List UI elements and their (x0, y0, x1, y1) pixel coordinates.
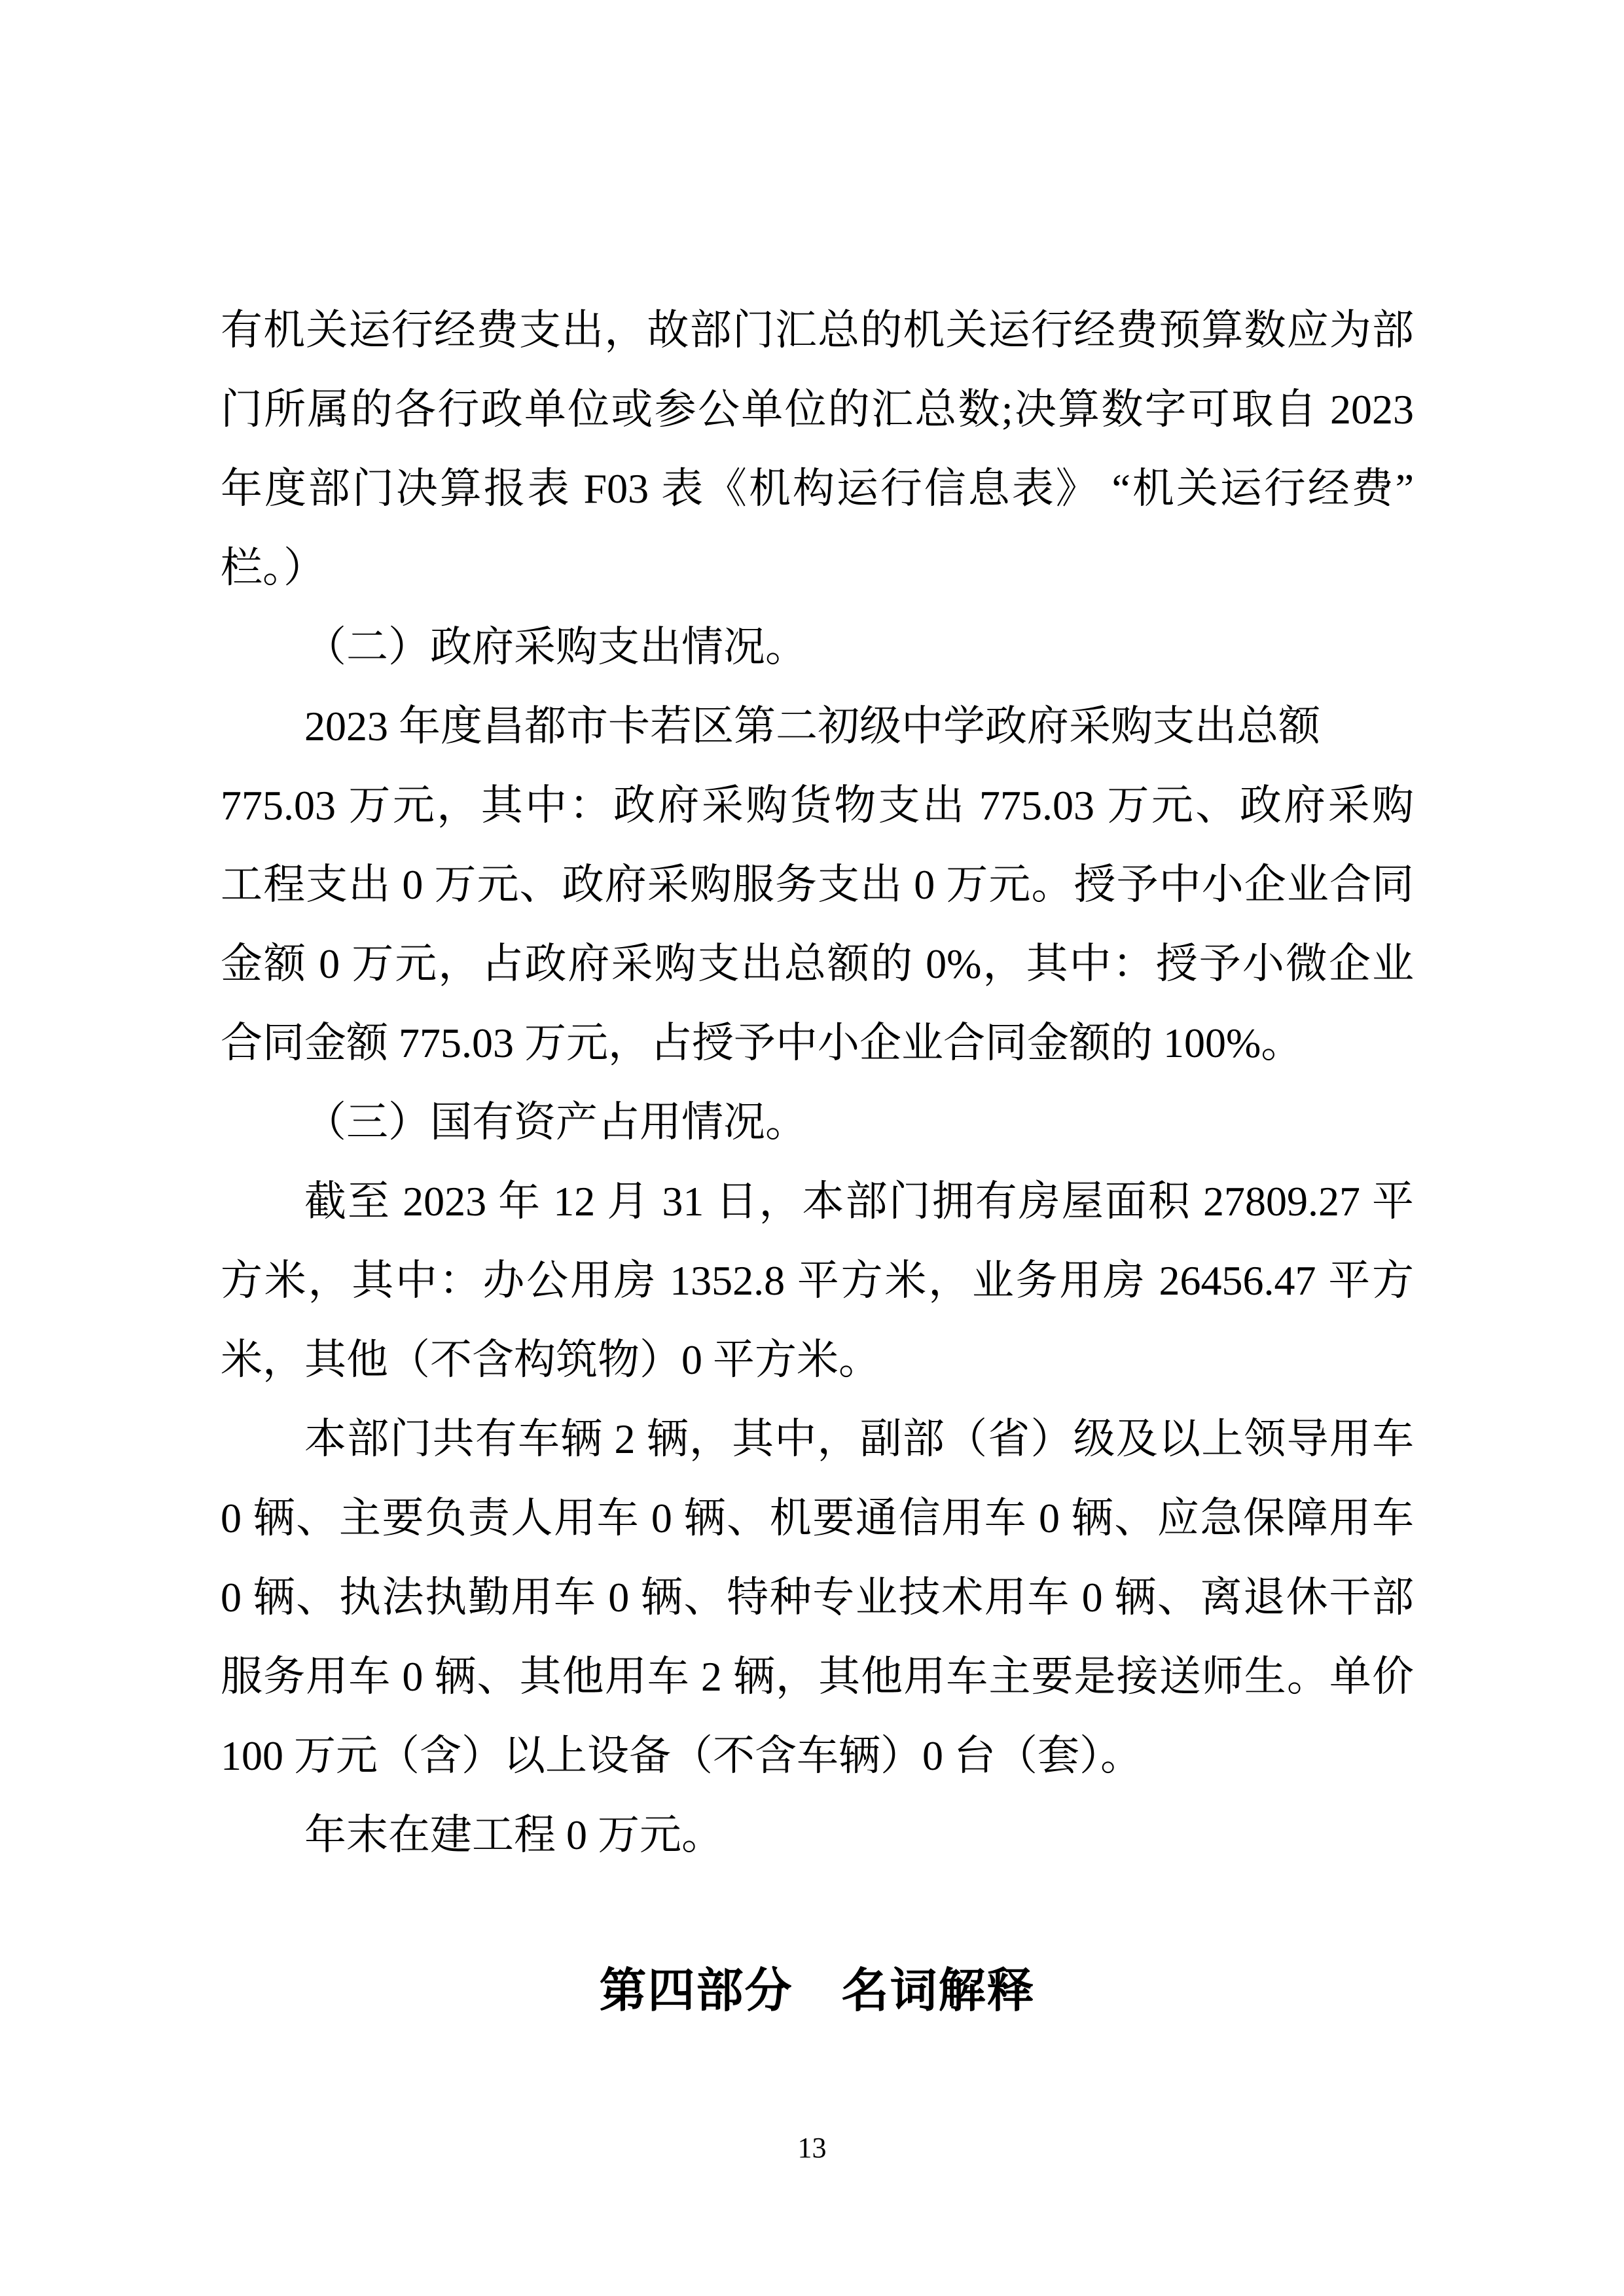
text-line: 栏。） (221, 528, 1414, 607)
text-line: 100 万元（含）以上设备（不含车辆）0 台（套）。 (221, 1716, 1414, 1795)
text-line: 截至 2023 年 12 月 31 日，本部门拥有房屋面积 27809.27 平 (221, 1162, 1414, 1241)
text-line: 2023 年度昌都市卡若区第二初级中学政府采购支出总额 (221, 687, 1414, 766)
text-line: 工程支出 0 万元、政府采购服务支出 0 万元。授予中小企业合同 (221, 845, 1414, 924)
text-line: 本部门共有车辆 2 辆，其中，副部（省）级及以上领导用车 (221, 1399, 1414, 1479)
text-line: 0 辆、执法执勤用车 0 辆、特种专业技术用车 0 辆、离退休干部 (221, 1558, 1414, 1637)
text-line: 有机关运行经费支出，故部门汇总的机关运行经费预算数应为部 (221, 291, 1414, 370)
page-number: 13 (0, 2131, 1624, 2164)
text-line: 775.03 万元，其中：政府采购货物支出 775.03 万元、政府采购 (221, 766, 1414, 845)
text-line: 方米，其中：办公用房 1352.8 平方米，业务用房 26456.47 平方 (221, 1241, 1414, 1320)
text-line: 年末在建工程 0 万元。 (221, 1795, 1414, 1874)
text-line: 米，其他（不含构筑物）0 平方米。 (221, 1320, 1414, 1399)
text-line: 0 辆、主要负责人用车 0 辆、机要通信用车 0 辆、应急保障用车 (221, 1479, 1414, 1558)
text-line: 服务用车 0 辆、其他用车 2 辆，其他用车主要是接送师生。单价 (221, 1637, 1414, 1716)
text-line: 金额 0 万元，占政府采购支出总额的 0%，其中：授予小微企业 (221, 924, 1414, 1003)
document-page: 有机关运行经费支出，故部门汇总的机关运行经费预算数应为部 门所属的各行政单位或参… (0, 0, 1624, 2296)
section-subheading: （三）国有资产占用情况。 (221, 1083, 1414, 1162)
section-subheading: （二）政府采购支出情况。 (221, 607, 1414, 687)
text-line: 合同金额 775.03 万元，占授予中小企业合同金额的 100%。 (221, 1003, 1414, 1083)
body-text: 有机关运行经费支出，故部门汇总的机关运行经费预算数应为部 门所属的各行政单位或参… (221, 291, 1414, 2024)
part-heading: 第四部分 名词解释 (221, 1958, 1414, 2024)
text-line: 门所属的各行政单位或参公单位的汇总数;决算数字可取自 2023 (221, 370, 1414, 449)
text-line: 年度部门决算报表 F03 表《机构运行信息表》 “机关运行经费” (221, 449, 1414, 528)
